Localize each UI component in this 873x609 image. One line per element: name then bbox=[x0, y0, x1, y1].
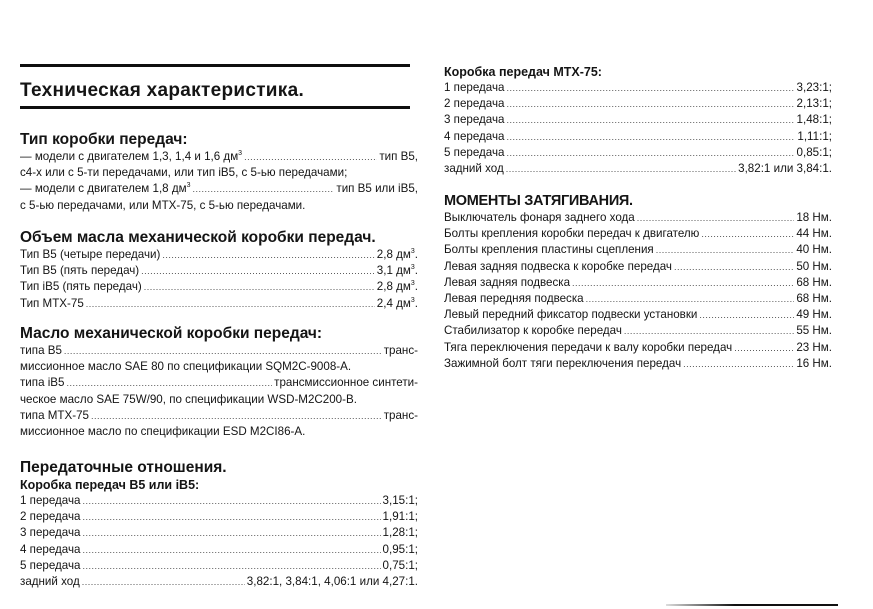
spec-value: 2,8 дм3. bbox=[377, 279, 418, 295]
spec-value: 68 Нм. bbox=[796, 291, 832, 307]
spec-value: 18 Нм. bbox=[796, 210, 832, 226]
spec-line: ческое масло SAE 75W/90, по спецификации… bbox=[20, 392, 418, 408]
spec-value-text: 2,13:1; bbox=[797, 97, 832, 110]
suffix: . bbox=[415, 264, 418, 277]
spec-value-text: 3,82:1, 3,84:1, 4,06:1 или 4,27:1. bbox=[247, 575, 418, 588]
spec-value-text: 0,95:1; bbox=[383, 543, 418, 556]
section-ratios: Передаточные отношения. Коробка передач … bbox=[20, 459, 418, 590]
spec-value-text: 3,15:1; bbox=[383, 494, 418, 507]
spec-value: транс- bbox=[384, 408, 418, 424]
spec-label: Болты крепления коробки передач к двигат… bbox=[444, 226, 699, 242]
spec-label: Тип MTX-75 bbox=[20, 296, 84, 312]
leader-dots bbox=[699, 307, 794, 323]
spec-value-text: 1,11:1; bbox=[797, 130, 832, 143]
spec-line: типа iB5трансмиссионное синтети- bbox=[20, 375, 418, 391]
spec-row: 3 передача1,28:1; bbox=[20, 525, 418, 541]
section-heading: Объем масла механической коробки передач… bbox=[20, 229, 418, 247]
spec-value: трансмиссионное синтети- bbox=[274, 375, 418, 391]
spec-row: Левая передняя подвеска68 Нм. bbox=[444, 291, 832, 307]
leader-dots bbox=[674, 259, 794, 275]
top-rule bbox=[20, 64, 410, 67]
spec-label: задний ход bbox=[20, 574, 80, 590]
spec-label: 3 передача bbox=[444, 112, 504, 128]
spec-row: задний ход3,82:1 или 3,84:1. bbox=[444, 161, 832, 177]
spec-row: 1 передача3,23:1; bbox=[444, 80, 832, 96]
spec-value-text: 0,75:1; bbox=[383, 559, 418, 572]
spec-value: 23 Нм. bbox=[796, 340, 832, 356]
spec-value: тип B5 или iB5, bbox=[336, 181, 418, 197]
spec-label: типа B5 bbox=[20, 343, 62, 359]
spec-label: Левая передняя подвеска bbox=[444, 291, 584, 307]
leader-dots bbox=[67, 375, 273, 391]
leader-dots bbox=[506, 80, 794, 96]
spec-label: — модели с двигателем 1,3, 1,4 и 1,6 дм3 bbox=[20, 149, 242, 165]
spec-label: — модели с двигателем 1,8 дм3 bbox=[20, 181, 190, 197]
spec-label: типа iB5 bbox=[20, 375, 65, 391]
spec-value: 1,48:1; bbox=[797, 112, 832, 128]
spec-row: 5 передача0,85:1; bbox=[444, 145, 832, 161]
leader-dots bbox=[162, 247, 374, 263]
spec-label: Стабилизатор к коробке передач bbox=[444, 323, 622, 339]
spec-value: 40 Нм. bbox=[796, 242, 832, 258]
spec-label: Тип B5 (четыре передачи) bbox=[20, 247, 160, 263]
spec-value-text: 3,1 дм bbox=[377, 264, 411, 277]
leader-dots bbox=[656, 242, 795, 258]
spec-row: задний ход3,82:1, 3,84:1, 4,06:1 или 4,2… bbox=[20, 574, 418, 590]
spec-value: 55 Нм. bbox=[796, 323, 832, 339]
spec-value: 16 Нм. bbox=[796, 356, 832, 372]
spec-value-text: 1,28:1; bbox=[383, 526, 418, 539]
spec-row: Болты крепления коробки передач к двигат… bbox=[444, 226, 832, 242]
spec-row: 5 передача0,75:1; bbox=[20, 558, 418, 574]
spec-row: Тип B5 (пять передач)3,1 дм3. bbox=[20, 263, 418, 279]
spec-label: Левая задняя подвеска к коробке передач bbox=[444, 259, 672, 275]
section-gearbox-type: Тип коробки передач: — модели с двигател… bbox=[20, 131, 418, 214]
section-heading: МОМЕНТЫ ЗАТЯГИВАНИЯ. bbox=[444, 192, 832, 210]
spec-label: Зажимной болт тяги переключения передач bbox=[444, 356, 681, 372]
leader-dots bbox=[64, 343, 382, 359]
spec-value: 1,91:1; bbox=[383, 509, 418, 525]
spec-value: 3,82:1 или 3,84:1. bbox=[738, 161, 832, 177]
spec-value-text: 16 Нм. bbox=[796, 357, 832, 370]
spec-label: типа MTX-75 bbox=[20, 408, 89, 424]
section-oil-volume: Объем масла механической коробки передач… bbox=[20, 229, 418, 312]
section-oil-type: Масло механической коробки передач: типа… bbox=[20, 325, 418, 440]
spec-value: 49 Нм. bbox=[796, 307, 832, 323]
spec-row: Левая задняя подвеска к коробке передач5… bbox=[444, 259, 832, 275]
spec-value: тип B5, bbox=[379, 149, 418, 165]
leader-dots bbox=[683, 356, 794, 372]
leader-dots bbox=[572, 275, 794, 291]
spec-label: Левая задняя подвеска bbox=[444, 275, 570, 291]
spec-label: 4 передача bbox=[20, 542, 80, 558]
spec-value: 44 Нм. bbox=[796, 226, 832, 242]
spec-value: 68 Нм. bbox=[796, 275, 832, 291]
spec-row: 4 передача1,11:1; bbox=[444, 129, 832, 145]
spec-value: 0,95:1; bbox=[383, 542, 418, 558]
spec-label: 5 передача bbox=[20, 558, 80, 574]
spec-value-text: 2,8 дм bbox=[377, 248, 411, 261]
spec-label: задний ход bbox=[444, 161, 504, 177]
spec-line: с4-х или с 5-ти передачами, или тип iB5,… bbox=[20, 165, 418, 181]
spec-row: Левая задняя подвеска68 Нм. bbox=[444, 275, 832, 291]
section-heading: Масло механической коробки передач: bbox=[20, 325, 418, 343]
suffix: . bbox=[415, 280, 418, 293]
spec-label: Выключатель фонаря заднего хода bbox=[444, 210, 635, 226]
spec-line: миссионное масло по спецификации ESD M2C… bbox=[20, 424, 418, 440]
spec-row: Болты крепления пластины сцепления40 Нм. bbox=[444, 242, 832, 258]
spec-value-text: 50 Нм. bbox=[796, 260, 832, 273]
spec-line: миссионное масло SAE 80 по спецификации … bbox=[20, 359, 418, 375]
spec-row: Левый передний фиксатор подвески установ… bbox=[444, 307, 832, 323]
spec-row: Выключатель фонаря заднего хода18 Нм. bbox=[444, 210, 832, 226]
spec-label: 3 передача bbox=[20, 525, 80, 541]
leader-dots bbox=[141, 263, 375, 279]
leader-dots bbox=[506, 112, 794, 128]
spec-value: 3,82:1, 3,84:1, 4,06:1 или 4,27:1. bbox=[247, 574, 418, 590]
spec-value-text: 68 Нм. bbox=[796, 276, 832, 289]
spec-label: Тип B5 (пять передач) bbox=[20, 263, 139, 279]
spec-line: с 5-ью передачами, или MTX-75, с 5-ью пе… bbox=[20, 198, 418, 214]
section-heading: Тип коробки передач: bbox=[20, 131, 418, 149]
subsection-heading: Коробка передач B5 или iB5: bbox=[20, 477, 418, 493]
spec-value-text: 2,8 дм bbox=[377, 280, 411, 293]
spec-label: Тяга переключения передачи к валу коробк… bbox=[444, 340, 732, 356]
leader-dots bbox=[192, 181, 334, 197]
spec-label: 1 передача bbox=[20, 493, 80, 509]
leader-dots bbox=[244, 149, 377, 165]
suffix: . bbox=[415, 248, 418, 261]
spec-label: 1 передача bbox=[444, 80, 504, 96]
spec-row: 2 передача1,91:1; bbox=[20, 509, 418, 525]
spec-label: Тип iB5 (пять передач) bbox=[20, 279, 142, 295]
spec-row: 3 передача1,48:1; bbox=[444, 112, 832, 128]
spec-row: 1 передача3,15:1; bbox=[20, 493, 418, 509]
spec-value-text: 23 Нм. bbox=[796, 341, 832, 354]
spec-value-text: 1,48:1; bbox=[797, 113, 832, 126]
spec-value: транс- bbox=[384, 343, 418, 359]
leader-dots bbox=[82, 509, 380, 525]
leader-dots bbox=[506, 145, 794, 161]
spec-value: 2,8 дм3. bbox=[377, 247, 418, 263]
leader-dots bbox=[637, 210, 795, 226]
spec-label: 4 передача bbox=[444, 129, 504, 145]
leader-dots bbox=[82, 574, 245, 590]
leader-dots bbox=[506, 129, 795, 145]
spec-row: 2 передача2,13:1; bbox=[444, 96, 832, 112]
spec-row: Тяга переключения передачи к валу коробк… bbox=[444, 340, 832, 356]
bottom-rule bbox=[666, 604, 838, 606]
spec-value-text: 3,23:1; bbox=[797, 81, 832, 94]
leader-dots bbox=[82, 525, 380, 541]
leader-dots bbox=[586, 291, 795, 307]
section-heading: Передаточные отношения. bbox=[20, 459, 418, 477]
spec-line: типа MTX-75транс- bbox=[20, 408, 418, 424]
spec-label: Болты крепления пластины сцепления bbox=[444, 242, 654, 258]
spec-value-text: 0,85:1; bbox=[797, 146, 832, 159]
leader-dots bbox=[506, 96, 794, 112]
spec-value: 0,85:1; bbox=[797, 145, 832, 161]
spec-line: — модели с двигателем 1,8 дм3 тип B5 или… bbox=[20, 181, 418, 197]
leader-dots bbox=[506, 161, 736, 177]
spec-value-text: 55 Нм. bbox=[796, 324, 832, 337]
spec-value-text: 44 Нм. bbox=[796, 227, 832, 240]
spec-row: Тип MTX-752,4 дм3. bbox=[20, 296, 418, 312]
leader-dots bbox=[82, 493, 380, 509]
spec-label: 2 передача bbox=[444, 96, 504, 112]
spec-value-text: 49 Нм. bbox=[796, 308, 832, 321]
leader-dots bbox=[91, 408, 382, 424]
spec-value-text: 40 Нм. bbox=[796, 243, 832, 256]
leader-dots bbox=[82, 558, 380, 574]
section-mtx75-ratios: Коробка передач MTX-75: 1 передача3,23:1… bbox=[444, 64, 832, 177]
spec-row: Тип B5 (четыре передачи)2,8 дм3. bbox=[20, 247, 418, 263]
spec-row: Стабилизатор к коробке передач55 Нм. bbox=[444, 323, 832, 339]
leader-dots bbox=[734, 340, 794, 356]
leader-dots bbox=[701, 226, 794, 242]
spec-label: 5 передача bbox=[444, 145, 504, 161]
spec-value: 0,75:1; bbox=[383, 558, 418, 574]
title-underline bbox=[20, 106, 410, 109]
spec-value: 2,13:1; bbox=[797, 96, 832, 112]
spec-line: — модели с двигателем 1,3, 1,4 и 1,6 дм3… bbox=[20, 149, 418, 165]
leader-dots bbox=[624, 323, 794, 339]
spec-value: 3,23:1; bbox=[797, 80, 832, 96]
spec-value-text: 18 Нм. bbox=[796, 211, 832, 224]
subsection-heading: Коробка передач MTX-75: bbox=[444, 64, 832, 80]
spec-row: Тип iB5 (пять передач)2,8 дм3. bbox=[20, 279, 418, 295]
spec-value: 1,28:1; bbox=[383, 525, 418, 541]
spec-line: типа B5транс- bbox=[20, 343, 418, 359]
spec-value: 3,1 дм3. bbox=[377, 263, 418, 279]
spec-value: 50 Нм. bbox=[796, 259, 832, 275]
spec-value-text: 68 Нм. bbox=[796, 292, 832, 305]
suffix: . bbox=[415, 297, 418, 310]
leader-dots bbox=[86, 296, 375, 312]
spec-row: 4 передача0,95:1; bbox=[20, 542, 418, 558]
spec-label: 2 передача bbox=[20, 509, 80, 525]
spec-value-text: 1,91:1; bbox=[383, 510, 418, 523]
spec-value-text: 2,4 дм bbox=[377, 297, 411, 310]
page-title: Техническая характеристика. bbox=[20, 80, 304, 102]
spec-value: 3,15:1; bbox=[383, 493, 418, 509]
section-torques: МОМЕНТЫ ЗАТЯГИВАНИЯ. Выключатель фонаря … bbox=[444, 192, 832, 372]
spec-value: 1,11:1; bbox=[797, 129, 832, 145]
spec-row: Зажимной болт тяги переключения передач1… bbox=[444, 356, 832, 372]
spec-value: 2,4 дм3. bbox=[377, 296, 418, 312]
spec-label: Левый передний фиксатор подвески установ… bbox=[444, 307, 697, 323]
spec-value-text: 3,82:1 или 3,84:1. bbox=[738, 162, 832, 175]
leader-dots bbox=[82, 542, 380, 558]
leader-dots bbox=[144, 279, 375, 295]
